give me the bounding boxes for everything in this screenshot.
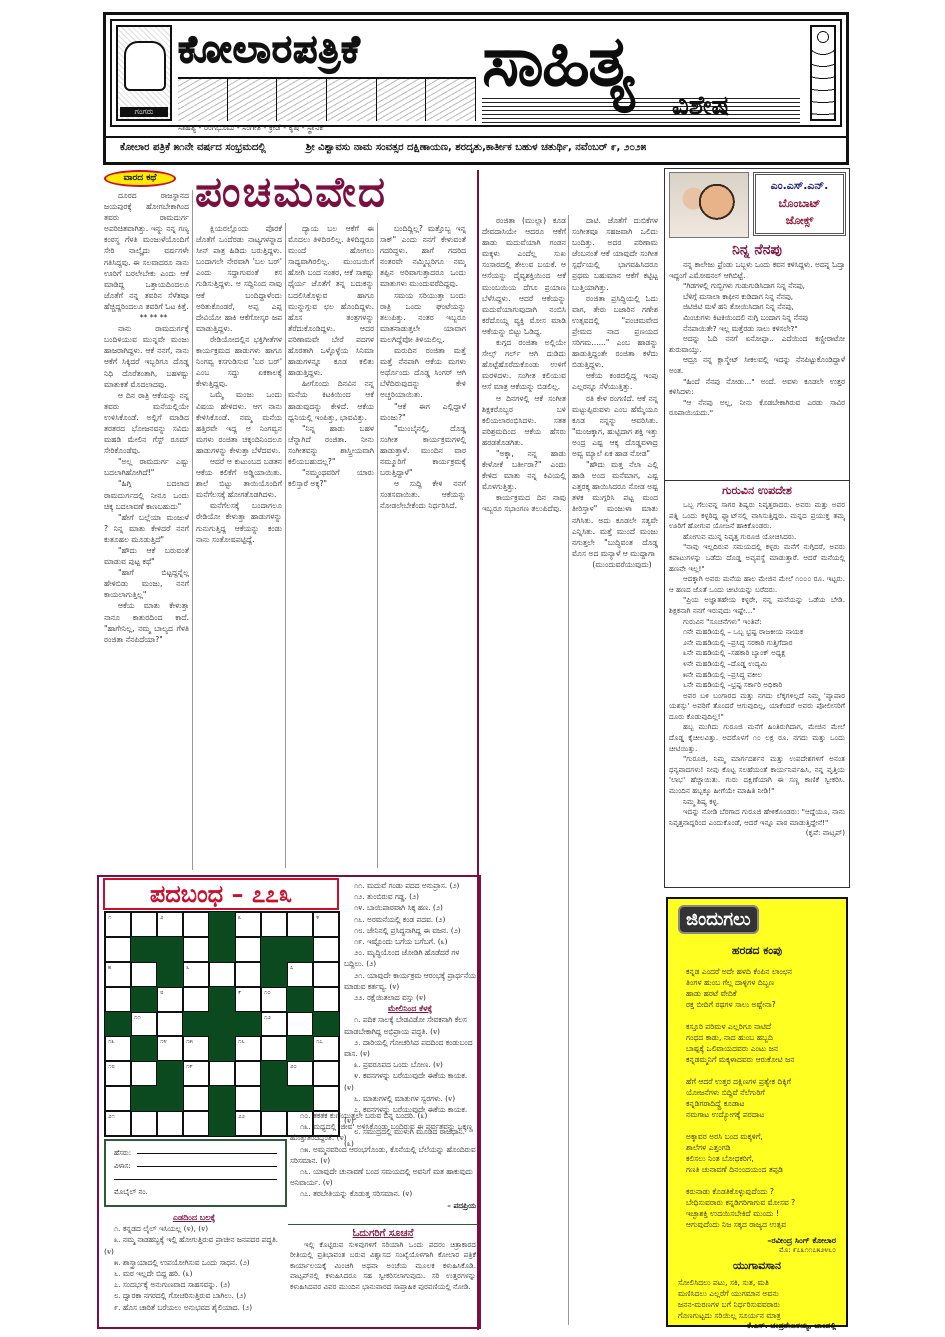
paragraph: "ಅಲ್ಲ ರಾಮದುರ್ಗ ಎಷ್ಟು ಬದಲಾಗಿಹೋಗಿದೆ!" — [104, 456, 189, 478]
crossword-block-cell — [209, 1012, 235, 1037]
address-row-2 — [114, 1173, 277, 1186]
poem2-author: – ಕೆ.ಎಸ್. ಚಂದ್ರಶೇಖರಯ್ಯ, ಚಾಂಪಲ್ಲಿ — [678, 1321, 836, 1331]
crossword-cell[interactable] — [105, 937, 131, 962]
clue: ೭. ಸಂದರ್ಭಕ್ಕೆ ಅನುಗುಣವಾದ ಸಾಹಸವನ್ನು. (೨) — [104, 1279, 284, 1290]
poem-line: ನಮಗಾಟ ಉದ್ಯೋಗಕ್ಕೆ ಪರದಾಟ — [686, 1109, 836, 1120]
paragraph: "ಹೌದು ಮತ್ತ ನೆಲಾ ಎಲ್ಲಿ ಹಾಡಿ ಅಂದ ಮನೆಮಾಗ, ಎ… — [572, 459, 658, 559]
paragraph: "ಅಕ್ಕಾ, ನನ್ನ ಹಾಡು ಕೇಳೋಕೆ ಬರ್ತೀರಾ?" ಎಂದು … — [482, 448, 566, 492]
ornamental-border-icon — [810, 25, 836, 121]
poem-line: ಕನ್ನಡ ಎಂದರೆ ಅದೇ ಹಳದಿ ಕೆಂಪಿನ ಲಾಂಛನ — [686, 966, 836, 977]
paragraph: ಆಕೆಯ ಕಂಠದಲ್ಲಿದ್ದ ಇಂಪು ಎಲ್ಲರನ್ನೂ ಸೆಳೆಯುತ್… — [572, 370, 658, 392]
clue: ೯. ಹೊಸ ಚಾರಿತೆ ಬರೆಯಲು ಅನುಭವದ ಶೈಲಿಯಾದ. (೨) — [104, 1302, 284, 1313]
dateline: ಕೋಲಾರ ಪತ್ರಿಕೆ ೫೧ನೇ ವರ್ಷದ ಸಂಭ್ರಮದಲ್ಲಿ ಶ್ರ… — [106, 136, 846, 158]
elephant-logo-icon: ಗಂಗರು — [116, 25, 172, 121]
paragraph: "ಹಾಗೆ ಬಿಟ್ಟದ್ದನ್ನೆಲ್ಲ ಹೇಳಿಬಿಡು ಮಂಜು, ನನಗ… — [104, 567, 189, 600]
crossword-block-cell — [209, 1036, 235, 1061]
anniversary-note: ಕೋಲಾರ ಪತ್ರಿಕೆ ೫೧ನೇ ವರ್ಷದ ಸಂಭ್ರಮದಲ್ಲಿ — [120, 138, 266, 158]
poem-line: ಬೆಳಿಗ್ಗೆ ಮಸಾಲಾ ಕಾಫೀನ ಕುಡಿದಾಗ ನಿನ್ನ ನೆನಪು… — [669, 292, 845, 303]
paragraph: ಮನೆಗೆಲಸಕ್ಕೆ ಬಂದಾಗಲೂ ರೇಡಿಯೋ ಕೇಳುತ್ತಾ ಹಾಡು… — [196, 500, 282, 544]
crossword-block-cell — [183, 1012, 209, 1037]
clue: ೨೧. ಯಾವುದೇ ಕಾರ್ಯಕ್ರಮ ಆರಂಭಕ್ಕೆ ಪ್ರಾರ್ಥನೆಯ… — [344, 970, 476, 992]
crossword-block-cell — [131, 937, 157, 962]
crossword-cell[interactable] — [287, 912, 313, 937]
paragraph: ಒಮ್ಮೆ ಮಂಜು ಒಂದು ವಿಷಯ ಹೇಳಿದಳು. ಆಗ ನಾನು ಕೇ… — [196, 389, 282, 456]
poem1-phone: ಮೊ: ೯೭೩೧೧೭೫೨೪೬೦ — [678, 1246, 836, 1255]
poem-line: ಗಣತಿ ಚುನಾವಣೆ ದಿನಂಂದಯಂದ ತಪ್ಪಡಿ — [686, 1164, 836, 1175]
poem-line: ಕಲಿಸಲು ನಿಂತ ಬೋಧಕರಿಗೆ, — [686, 1153, 836, 1164]
paragraph: ಆ ದಿನ ರಾತ್ರಿ ಆಕೆಯನ್ನು ನನ್ನ ತವರು ಮನೆಯಲ್ಲಿ… — [104, 390, 189, 457]
address-field-2[interactable] — [114, 1179, 277, 1180]
clue: ೬. ಮರ ಇಲ್ಲದೇ ಬಿದ್ದ ಹರಿ. (೩) — [104, 1268, 284, 1279]
crossword-block-cell — [261, 937, 287, 962]
paragraph: ನಾನು ರಾಮದುರ್ಗಕ್ಕೆ ಬಂದಿಳಿಯುವ ಮುನ್ನವೇ ಮಂಜು… — [104, 323, 189, 390]
crossword-cell[interactable] — [105, 987, 131, 1012]
poem-line: ಕನ್ನಡಿಗರಾದಿದ್ದ್ರೆ ಕೂಡಾಟ — [686, 1098, 836, 1109]
crossword-block-cell — [261, 962, 287, 987]
crossword-cell[interactable]: ೧೯ — [183, 1061, 209, 1086]
down-clues-continued: ೧೦. ತಕತಕ ಕುಣಿಯುತ್ತಲೇ ಬರುವ ಬಿನ್ನ ಬಂದರಿ. (… — [290, 1110, 476, 1222]
poem2-body: ಸೋಲಿಸಿದಲು ಪಟು, ಸಕಿ, ಸುತ, ಮತಿ ಮಣಿಸಿದಲು ಎಲ… — [678, 1277, 836, 1321]
crossword-block-cell — [157, 937, 183, 962]
crossword-cell[interactable] — [183, 1111, 209, 1136]
story-column-3: ದ್ಯಾಯ ಬಲ ಆಕೆಗೆ ಈ ಮೊದಲು ತಿಳಿದಿರಲಿಲ್ಲ. ತಿಳ… — [288, 223, 374, 868]
crossword-cell[interactable]: ೧೭ — [313, 1036, 339, 1061]
entry-form: ಹೆಸರು: ವಿಳಾಸ: ಮೊಬೈಲ್ ನಂ. — [104, 1139, 287, 1207]
crossword-cell[interactable] — [209, 1061, 235, 1086]
crossword-cell[interactable] — [131, 962, 157, 987]
clue: ೧೧. ಮದುವೆ ಗಂಡು ಪದದ ಅನುಪ್ರಾಸ. (೨) — [344, 880, 476, 891]
crossword-cell[interactable] — [313, 987, 339, 1012]
crossword-block-cell — [287, 937, 313, 962]
poem-line: ತಿಂಗಳ ಹುಂಬ ಗೆಲ್ಲ ದಾಳ್ಳಿಗಳ ದಿಬ್ಬಣ — [686, 977, 836, 988]
paper-name: ಕೋಲಾರಪತ್ರಿಕೆ — [178, 25, 478, 73]
crossword-cell[interactable]: ೩ — [235, 912, 261, 937]
paragraph: "ಹೇಗೆ ಬಲ್ಲೆಯಾ ಮಂಜುಳೆ ? ನಿನ್ನ ಮಾತು ಕೇಳಿದರ… — [104, 512, 189, 545]
across-clues: ಎಡದಿಂದ ಬಲಕ್ಕೆ ೧. ಕನ್ನಡದ ಲೈಲ್ ಇಸಿಯಲ್ಲ (೪)… — [104, 1212, 284, 1327]
poem-line: ಹಾಡು ಹರಟೆ ವೇದಿಕೆ — [686, 988, 836, 999]
crossword-block-cell — [287, 1036, 313, 1061]
crossword-block-cell — [209, 1086, 235, 1111]
crossword-cell[interactable] — [261, 1111, 287, 1136]
address-label: ವಿಳಾಸ: — [114, 1162, 131, 1171]
clue: ೨೦. ಮೃದ್ಧಿಯೊಂದ ಜೋಡಿಗಿ ಹೊಡೆದರೆ ಗಳ ಬದ್ದಿಲು… — [344, 947, 476, 969]
section-subtitle: ವಿಶೇಷ — [672, 91, 729, 122]
crossword-cell[interactable] — [183, 987, 209, 1012]
poems-box: ಜಿಂದುಗಲು ಹರಡದ ಕಂಪು ಕನ್ನಡ ಎಂದರೆ ಅದೇ ಹಳದಿ … — [666, 897, 848, 1327]
crossword-cell[interactable]: ೨೧ — [105, 1111, 131, 1136]
crossword-cell[interactable] — [287, 1012, 313, 1037]
clue: ೧೪. ಬಾಯಿಪಾಠವಾಗಿ ಸಿಕ್ಕ ಹಣ. (೨) — [344, 902, 476, 913]
story-column-5: ರಂಜಿತಾ (ಮುಲ್ಲಾ) ಕೂಡ ದೇವದಾಸಿಯೇ ಆದರೂ ಆಕೆಗೆ… — [482, 215, 566, 1325]
masthead-tagline: ಸಾಹಿತ್ಯ - ರಂಗಭೂಮಿ - ಸಂಗೀತ - ಕ್ರೀಡೆ - ಕೃಷ… — [178, 123, 323, 133]
crossword-cell[interactable] — [313, 1086, 339, 1111]
paragraph: ನಿಮ್ಮ ಶಿಷ್ಯ ಕಳ್ಳ. — [669, 797, 845, 808]
book-plant-icon — [178, 79, 228, 121]
column-rule — [568, 215, 569, 1325]
joke-title: ನಿನ್ನ ನೆನಪು — [664, 242, 850, 258]
crossword-block-cell — [209, 987, 235, 1012]
crossword-cell[interactable] — [235, 1061, 261, 1086]
clue: ೩. ಪ್ರವರೂಪದ ಒಂದು ಬೋಣ. (೪) — [344, 1059, 476, 1070]
crossword-block-cell — [209, 912, 235, 937]
crossword-cell[interactable]: ೧೫ — [183, 1036, 209, 1061]
jokes-title-line2: ಜೋಕ್ಸ್ — [756, 214, 843, 228]
jokes-header-box: ಎಂ.ಎಸ್.ಎನ್. ಬೊಂಬಾಟ್ ಜೋಕ್ಸ್ — [753, 172, 846, 236]
clue: ೧೫. ಅಮ್ಮನವರಿಂದ ಆರಂಭಗೊಂಡು, ಕೊನೆಯಲ್ಲಿ ಬೆಲೆ… — [290, 1144, 476, 1166]
readers-notice-title: ಓದುಗರಿಗೆ ಸೂಚನೆ — [288, 1224, 478, 1239]
list-item: ೨ನೇ ಮಹಡಿಯಲ್ಲಿ –ಪ್ರಸಿದ್ಧ ಸರಕಾರಿ ಗುತ್ತಿಗೆದ… — [669, 638, 845, 649]
paragraph: ಗುರುವಿನ "ಸೂಚನೆಗಳು" ಇಂತಿವೆ: — [669, 617, 845, 628]
crossword-cell[interactable]: ೧೩ — [105, 1036, 131, 1061]
crossword-cell[interactable] — [183, 1086, 209, 1111]
music-instrument-icon — [277, 79, 327, 121]
paragraph: ಆದರೆ ಆ ಕುಟುಂಬದ ಬಡತನ ಆಕೆಯ ಕಲಿಕೆಗೆ ಅಡ್ಡಿಯಾ… — [196, 456, 282, 500]
name-field[interactable] — [137, 1153, 277, 1154]
paragraph: ಅವರ ಬಳಿ ಬಂಗಾರದ ಮತ್ತು ನಗದು ಲೆಕ್ಕಗಳಿಲ್ಲದೆ … — [669, 691, 845, 723]
crossword-cell[interactable]: ೧೮ — [105, 1061, 131, 1086]
down-heading: ಮೇಲಿನಿಂದ ಕೆಳಕ್ಕೆ — [344, 1003, 476, 1014]
crossword-grid[interactable]: ೧೨೩೪೫೬೭೮೯೧೦೧೧೧೨೧೩೧೪೧೫೧೬೧೭೧೮೧೯೨೦೨೧೨೨ — [104, 911, 340, 1137]
poem-line: ರಕ್ತ ಬೀದಿಗೆ ರಥಗಳ ಸಾಲು ಅಷ್ಟೇನಾ? — [686, 999, 836, 1010]
paragraph: ರಂಜಿತಾ (ಮುಲ್ಲಾ) ಕೂಡ ದೇವದಾಸಿಯೇ ಆದರೂ ಆಕೆಗೆ… — [482, 215, 566, 337]
paragraph: "ಹೌದು ಆಕೆ ಬರುವಂತೆ ಮಾಡುವ ಪುಟ್ಟ ಕಥೆ" — [104, 545, 189, 567]
paragraph: ಬಂದಿದ್ದಿಲ್ಲ? ಮತ್ತೊಬ್ಬ ಇನ್ನ ಸಾಕ್" ಎಂದು ನನ… — [380, 223, 466, 290]
across-heading: ಎಡದಿಂದ ಬಲಕ್ಕೆ — [104, 1212, 284, 1223]
paragraph: ಆದ್ರೂ ನನ್ನ ಕ್ಲಾಸ್ಮೇಟ್ ಸೀಕಲವಲ್ಲಿ ಇದನ್ನು ನ… — [669, 355, 845, 376]
poem-line: ಕನ್ನಡಮ್ಮನಿಗೆ ಮಕ್ಕಳಾದವರು ಆರುಕೋಟಿ ಜನ — [686, 1054, 836, 1065]
poem-line: ಜನನ-ಮರಣಗಳ ಬಗೆ ನಿರ್ಧರಿಸುವವರಾರು — [678, 1299, 836, 1310]
clue: ೧೬. ಅರಮನೆಯಲ್ಲಿ ಕಂಡ ಪದವ. (೨) — [344, 914, 476, 925]
address-row: ವಿಳಾಸ: — [114, 1160, 277, 1173]
paragraph: "ಹಿಂದೆ ನೆನಪು ನೋಡು..." ಅಂದೆ. ಅವಳು ಕೂಡಲೇ ಉ… — [669, 377, 845, 398]
jokes-title-line1: ಬೊಂಬಾಟ್ — [756, 197, 843, 211]
poem1-body: ಕನ್ನಡ ಎಂದರೆ ಅದೇ ಹಳದಿ ಕೆಂಪಿನ ಲಾಂಛನ ತಿಂಗಳ … — [686, 966, 836, 1230]
story-column-1: ದೂರದ ರಾಜಸ್ಥಾನದ ಜಯಪುರಕ್ಕೆ ಹೋಗಬೇಕಾಗಿಂದ ತವರ… — [104, 190, 189, 870]
clue: ೧. ಕನ್ನಡದ ಲೈಲ್ ಇಸಿಯಲ್ಲ (೪), (೪) — [104, 1223, 284, 1234]
sports-racket-icon — [327, 79, 377, 121]
masthead: ಗಂಗರು ಕೋಲಾರಪತ್ರಿಕೆ ಸಾಹಿತ್ಯ - ರಂಗಭೂಮಿ - ಸ… — [103, 12, 849, 165]
poem-line: ಕರುನಾಡು ಕೊಡತಿಕೊಳ್ಳುವುದೆಂದು ? — [686, 1186, 836, 1197]
crossword-cell[interactable] — [105, 1086, 131, 1111]
paragraph: ರೇಡಿಯೋದಲ್ಲಿನ ಭಕ್ತಿಗೀತೆಗಳ ಕಾರ್ಯಕ್ರಮದ ಹಾಡು… — [196, 334, 282, 389]
crossword-cell[interactable]: ೧೪ — [157, 1036, 183, 1061]
crossword-cell[interactable] — [313, 1061, 339, 1086]
crossword-block-cell — [261, 1086, 287, 1111]
crossword-block-cell — [131, 1086, 157, 1111]
clue: ೪. ಕವನಗಳನ್ನು ಬರೆಯುವುದೇ ಈಕೆಯ ಕಾಯಕ. (೪) — [344, 1070, 476, 1092]
crossword-cell[interactable] — [313, 962, 339, 987]
mobile-label: ಮೊಬೈಲ್ ನಂ. — [114, 1188, 148, 1197]
column-rule — [192, 190, 193, 870]
poem-line: ಹೆಗೆ ಆದರೆ ಉತ್ತರ ದಕ್ಷಿಣಗಳ ಪ್ರತ್ಯೇಕ ದಿಕ್ಕಿ… — [686, 1076, 836, 1087]
clue: ೧೩. ಮಧ್ಯದಲ್ಲಿ 'ಜೀವ' ಅಳಿಸಿಕೊಂಡು ಬಂದಿರುವ ಈ… — [290, 1121, 476, 1143]
weekly-story-badge: ವಾರದ ಕಥೆ — [104, 170, 176, 187]
paragraph: ಹಬ್ಬ ಮುಗಿದು ಗುರೂಜಿ ಮನೆಗೆ ಹಿಂತಿರುಗಿದಾಗ, ಮ… — [669, 722, 845, 754]
paragraph: "ನಿನ್ನ ಹಾಡು ಬಹಳ ಚೆನ್ನಾಗಿದೆ ರಂಜಿತಾ. ನೀನು … — [288, 423, 374, 467]
poem-line: ಕಸ್ತೂರಿ ಪರಿಮಳ ಎಲ್ಲರಿಗೂ ನಾಟಿದೆ — [686, 1021, 836, 1032]
crossword-cell[interactable]: ೨೦ — [287, 1061, 313, 1086]
story-column-2: ಕ್ಷಿಯರಲ್ಲೊಂದು ಪೊರಕೆ ಜೊತೆಗೆ ಒಂದೆರಡು ನಾಟ್ಯ… — [196, 223, 282, 868]
jokes-author: ಎಂ.ಎಸ್.ಎನ್. — [756, 179, 843, 193]
paragraph: ಇದನ್ನು ನೋಡಿ ಬೆರಗಾದ ಗುರೂಜಿ ಹೇಳಿಕೊಂಡರು: "ಆ… — [669, 807, 845, 828]
crossword-cell[interactable]: ೧೧ — [131, 1012, 157, 1037]
theatre-masks-icon — [228, 79, 278, 121]
poem-line: ಬಾಷ್ಪಕ್ಕೆ ಒಲಿವಾಯದವರು ಎಂಟು ಜನ — [686, 1043, 836, 1054]
clue: ೧೬. ಯಾವುದೇ ಚುನಾವಣೆ ಬಂದ ಸಮಯದಲ್ಲಿ ಅವನಿಗೆ ಮ… — [290, 1166, 476, 1188]
crossword-cell[interactable] — [157, 1111, 183, 1136]
crossword-cell[interactable] — [235, 962, 261, 987]
poem-line: ಮಿಂಚುಗಳು ಕಿಟಕಿಯಿಂದಲಿ ನುಗ್ಗಿ ಬಂದಾಗ ನಿನ್ನ … — [669, 313, 845, 324]
story-headline: ಪಂಚಮವೇದ — [195, 167, 387, 217]
crossword-block-cell — [105, 1012, 131, 1037]
paragraph: ದ್ಯಾಯ ಬಲ ಆಕೆಗೆ ಈ ಮೊದಲು ತಿಳಿದಿರಲಿಲ್ಲ. ತಿಳ… — [288, 223, 374, 378]
clue: ೧೭. ತರಬೇತಿಯನ್ನು ಕೊಡುತ್ತ ಸರಿಸಮಾನ. (೪) — [290, 1188, 476, 1199]
name-row: ಹೆಸರು: — [114, 1147, 277, 1160]
crossword-cell[interactable] — [183, 937, 209, 962]
paragraph: "ಪ್ರಿಯ ಅಜ್ಞಾತಹೇಯ ಕಳ್ಳರೇ, ನನ್ನ ಮನೆಯನ್ನು ಒ… — [669, 595, 845, 616]
list-item: ೬ನೇ ಮಹಡಿಯಲ್ಲಿ –ಭ್ರಷ್ಟ ಸರ್ಕಾರಿ ಅಧಿಕಾರಿ — [669, 680, 845, 691]
paragraph: ಆ ದಿನಗಳಲ್ಲಿ ಆಕೆ ಸಂಗೀತ ಶಿಕ್ಷಕರೊಬ್ಬರ ಬಳಿ ಕ… — [482, 393, 566, 448]
clue: ೨. ದಾರಿಯಲ್ಲಿ ಗೋಚರಿಸಿದ ಪದದಿಂದ ಕಂಡುಬಂದ ವಾಸ… — [344, 1037, 476, 1059]
elephant-icon — [124, 41, 166, 91]
mobile-row: ಮೊಬೈಲ್ ನಂ. — [114, 1186, 277, 1199]
paragraph: ನನ್ನ ಕಾಲೇಜು ಫ್ರೆಂಡು ಒಬ್ಬಳು ಒಂದು ಕವನ ಕಳಿಸ… — [669, 260, 845, 281]
separator: ** ** ** — [104, 312, 189, 323]
paragraph: "ಮುಂಬೈನಲ್ಲಿ, ದೊಡ್ಡ ಸಂಗೀತ ಕಾರ್ಯಕ್ರಮಗಳಲ್ಲಿ… — [380, 423, 466, 478]
clue: ೧೨. ತುಂಬಿರುವ ಗಡ್ಡ. (೨) — [344, 891, 476, 902]
crossword-block-cell — [261, 1061, 287, 1086]
list-item: ೫ನೇ ಮಹಡಿಯಲ್ಲಿ –ಪ್ರಸಿದ್ಧ ವಕೀಲ — [669, 670, 845, 681]
paragraph: "ಗುರೂಜಿ, ನಿಮ್ಮ ಮಾರ್ಗದರ್ಶನ ಮತ್ತು ಉಪದೇಶಗಳಿ… — [669, 754, 845, 796]
crossword-block-cell — [287, 987, 313, 1012]
poem-line: ಅಕ್ಕಾವರ ಅರಸಿ ಬಂದ ಮಕ್ಕಳಿಗೆ, — [686, 1131, 836, 1142]
crossword-cell[interactable]: ೧೦ — [261, 987, 287, 1012]
clue: ೧೦. ತಕತಕ ಕುಣಿಯುತ್ತಲೇ ಬರುವ ಬಿನ್ನ ಬಂದರಿ. (… — [290, 1110, 476, 1121]
clue: ೫. ಶಾಸ್ತ್ರಾಯಾದಲ್ಲಿ ಉಪಯೋಗಿಸುವ ಒಂದು ಸಾಧನ. … — [104, 1257, 284, 1268]
crossword-cell[interactable]: ೯ — [235, 987, 261, 1012]
crossword-cell[interactable]: ೪ — [313, 912, 339, 937]
crossword-cell[interactable]: ೮ — [157, 987, 183, 1012]
ball-industry-icon — [426, 79, 476, 121]
poem-line: ಇಚ್ಛಾಶಕ್ತಿ ಉದಯಿಸಬೇಕಿದೆ ಮುಂದು ! — [686, 1208, 836, 1219]
paragraph: "ಆ ನೆನಪು ಅಲ್ಲ, ನೀನು ಕೊಡಬೇಕಾಗಿರುವ ಎರಡು ಸಾ… — [669, 398, 845, 419]
paragraph: ಹೀಗೊಂದು ದಿನವಿನ ನನ್ನ ಮನೆಯ ಕಿಟಕಿಯಿಂದ ಆಕೆ ಹ… — [288, 378, 374, 422]
column-rule — [377, 223, 378, 868]
paragraph: "ಆಕೆ ಈಗ ಎಲ್ಲಿದ್ದಾಳೆ ಮಂಜು?" — [380, 401, 466, 423]
poem-line: ಸೋಲಿಸಿದಲು ಪಟು, ಸಕಿ, ಸುತ, ಮತಿ — [678, 1277, 836, 1288]
paragraph: ಇಲ್ಲಿ ಕೊಟ್ಟಿರುವ ಸುಳಿವುಗಳಿಗೆ ಸರಿಯಾಗಿ ಒಂದು… — [290, 1240, 476, 1292]
crop-agriculture-icon — [377, 79, 427, 121]
crossword-block-cell — [131, 1036, 157, 1061]
paragraph: "ಹಿಗ್ಗಿ ಬದಲಾದ ರಾಮದುರ್ಗದಲ್ಲಿ ನೀನೂ ಒಂದು ಚಿ… — [104, 478, 189, 511]
crossword-cell[interactable] — [313, 937, 339, 962]
calendar-date: ಶ್ರೀ ವಿಶ್ವಾವಸು ನಾಮ ಸಂವತ್ಸರ ದಕ್ಷಿಣಾಯಣ, ಶರ… — [306, 138, 646, 158]
poem-line: ಗಂಧದ ಕಾಡು, ನಾದ ಹುಂಬ ಹಬ್ಬದಿ — [686, 1032, 836, 1043]
caricature-image — [669, 172, 749, 238]
crossword-cell[interactable] — [235, 1086, 261, 1111]
paragraph: ಒಬ್ಬ ಗೆಲುವನ್ನ ಸಾಗರ ಶಿಷ್ಯರು ನಿವೃತ್ತರಾದರು.… — [669, 500, 845, 532]
paragraph: ಅದನ್ನು ಓದಿ ನನಗೆ ಏನೋಪ್ಪಾ.. ಎದೆಯಿಂದ ಕಣ್ಣೀರ… — [669, 334, 845, 355]
crossword-block-cell — [209, 937, 235, 962]
paragraph: ಕಾರ್ಯಕ್ರಮದ ದಿನ ನಾವು ಇಬ್ಬರೂ ಸಭಾಂಗಣ ತಲುಪಿದ… — [482, 492, 566, 514]
clue: ೮. ದ್ವಾರಕಾ ನಗರದಲ್ಲಿ ಗೋಚರಿಸುತ್ತಿರುವ ಬಾಗಿಲ… — [104, 1290, 284, 1301]
poem-line: ಬೇಧಿಸುವರಾರು ಕನ್ನಡಿಗರಿಗಾಗುವ ಮೋಸವ ? — [686, 1197, 836, 1208]
name-label: ಹೆಸರು: — [114, 1149, 131, 1158]
poem-line: ಗೊಣಗುಟ್ಟದು ಸರಿಯಿಲ್ಲ ಸೂರ್ಯನ ಮಾತ್ರ — [678, 1310, 836, 1321]
divider — [664, 480, 850, 481]
crossword-block-cell — [235, 1012, 261, 1037]
poem2-title: ಯುಗಾವಸಾನ — [678, 1259, 836, 1273]
crossword-cell[interactable] — [261, 912, 287, 937]
paragraph: "ನಾವು ಇಲ್ಲದಿರುವ ಸಮಯದಲ್ಲಿ ಕಳ್ಳರು ಮನೆಗೆ ನು… — [669, 542, 845, 574]
crossword-block-cell — [157, 962, 183, 987]
crossword-cell[interactable] — [235, 937, 261, 962]
paragraph: ಕುಗ್ಗದ ರಂಜಿತಾ ಅಲ್ಲಿಯೇ ಸೇಲ್ಸ್ ಗರ್ಲ್ ಆಗಿ ದ… — [482, 337, 566, 392]
paragraph: ಆ ಸುದ್ದಿ ಕೇಳಿ ನನಗೆ ಸಂತಸವಾಯಿತು. ಆಕೆಯನ್ನು … — [380, 478, 466, 511]
poems-banner: ಜಿಂದುಗಲು — [678, 905, 759, 934]
paragraph: ಆದಕ್ಕಾಗಿ ಅವರು ಮನೆಯ ಹಾಲ ಮೇಜಿನ ಮೇಲೆ ೧೦೦೦ ರ… — [669, 574, 845, 595]
list-item: ೩ನೇ ಮಹಡಿಯಲ್ಲಿ –ಸಹಕಾರಿ ಬ್ಯಾಂಕ್ ಅಧ್ಯಕ್ಷ — [669, 648, 845, 659]
credit: (ಕೃಪೆ: ವಾಟ್ಸಪ್) — [669, 828, 845, 839]
crossword-cell[interactable]: ೨೨ — [235, 1111, 261, 1136]
paragraph: ಆಕೆಯ ಮಾತು ಕೇಳುತ್ತಾ ನಾನೂ ಕಾತುರದಿಂದ ಕಾದೆ. … — [104, 600, 189, 644]
section-title: ಸಾಹಿತ್ಯ — [482, 21, 800, 125]
paragraph: ಮರುದಿನ ರಂಜಿತಾ ಮತ್ತೆ ಮತ್ತೆ ನೆನಪಾಗಿ ಆಕೆಯ ಮ… — [380, 345, 466, 400]
list-item: ೪ನೇ ಮಹಡಿಯಲ್ಲಿ –ದೊಡ್ಡ ಉದ್ಯಮಿ — [669, 659, 845, 670]
poem1-author: –ರವೀಂದ್ರ ಸಿಂಗ್ ಕೋಲಾರ — [678, 1236, 836, 1246]
poem-line: ಆಗುವುದೆಂದು ನಿಜ ಸಕ್ಕದ ರಾಜ್ಯದ ಉತ್ಸವ — [686, 1219, 836, 1230]
logo-label: ಗಂಗರು — [120, 107, 168, 117]
crossword-cell[interactable]: ೨ — [157, 912, 183, 937]
crossword-block-cell — [209, 1111, 235, 1136]
paragraph: ರತಿ ಕೇಳ ರಂಗಣಿದೆ. ಆಕೆ ನನ್ನ ಮಟ್ಟುಪ್ಪಿರುವಳು… — [572, 393, 658, 460]
clue: ೧೯. ಇಷ್ಟೊಂದು ಬಗೆಯ ಬಗೆಬಗೆ. (೩) — [344, 936, 476, 947]
crossword-cell[interactable] — [209, 962, 235, 987]
joke-body: ನನ್ನ ಕಾಲೇಜು ಫ್ರೆಂಡು ಒಬ್ಬಳು ಒಂದು ಕವನ ಕಳಿಸ… — [669, 260, 845, 480]
crossword-cell[interactable]: ೧ — [105, 912, 131, 937]
crossword-block-cell — [287, 1086, 313, 1111]
continued-note: (ಮುಂದುವರೆಯುವುದು) — [572, 559, 658, 570]
masthead-banner: ಗಂಗರು ಕೋಲಾರಪತ್ರಿಕೆ ಸಾಹಿತ್ಯ - ರಂಗಭೂಮಿ - ಸ… — [110, 19, 842, 127]
paragraph: ದೂರದ ರಾಜಸ್ಥಾನದ ಜಯಪುರಕ್ಕೆ ಹೋಗಬೇಕಾಗಿಂದ ತವರ… — [104, 190, 189, 312]
column-rule — [285, 223, 286, 868]
joke2-body: ಒಬ್ಬ ಗೆಲುವನ್ನ ಸಾಗರ ಶಿಷ್ಯರು ನಿವೃತ್ತರಾದರು.… — [669, 500, 845, 872]
crossword-cell[interactable] — [131, 912, 157, 937]
address-field[interactable] — [137, 1166, 277, 1167]
poem-line: ಶಾಲೆಗಳ ಎತ್ತಂಗಡಿ — [686, 1142, 836, 1153]
paragraph: ಕ್ಷಿಯರಲ್ಲೊಂದು ಪೊರಕೆ ಜೊತೆಗೆ ಒಂದೆರಡು ನಾಟ್ಯ… — [196, 223, 282, 334]
clue: ೩. ನಮ್ಮ ನಾಡಹಬ್ಬಕ್ಕೆ ಇಲ್ಲಿ ಹೋಗುತ್ತಿರುವ ಪ್… — [104, 1234, 284, 1256]
poem-line: "ಗಿಡಗಳಲ್ಲಿ ಗುಬ್ಬಿಗಳು ಗುಡುಗುಡಿಸಿದಾಗ ನಿನ್ನ… — [669, 281, 845, 292]
arts-illustration-strip — [178, 77, 476, 121]
paragraph: ಸಮಯ ಸರಿಯುತ್ತಾ ಬಂದು ರಾತ್ರಿ ಒಂದು ಘಂಟೆಯನ್ನು… — [380, 290, 466, 345]
crossword-cell[interactable]: ೬ — [183, 962, 209, 987]
poem-line: ನೆನಪಾಯಿತೇ? ಇಲ್ಲ ಮತ್ತೆರಡು ಸಾಲು ಕಳಿಸಲೇ?" — [669, 324, 845, 335]
crossword-cell[interactable]: ೧೬ — [235, 1036, 261, 1061]
paragraph: "ನಮ್ಮಂಥವರಿಗೆ ಯಾರು ಕಲಿಸ್ತಾರೆ ಅಕ್ಕ?" — [288, 467, 374, 489]
list-item: ೧ನೇ ಮಹಡಿಯಲ್ಲಿ – ಒಬ್ಬ ಭ್ರಷ್ಟ ರಾಜಕೀಯ ನಾಯಕ — [669, 627, 845, 638]
crossword-cell[interactable] — [183, 912, 209, 937]
poem-line: ಮಣಿಸಿದಲು ಎಲ್ಲರೆಗೆ ಯುಗಮಾನ ಅವನು — [678, 1288, 836, 1299]
paragraph: ದಾಟಿ. ಜೊತೆಗೆ ದುಬಿಕೆಗಳ ಸಂಗೀತವೂ ಸಹಜವಾಗಿ ಒಲ… — [572, 215, 658, 293]
crossword-block-cell — [313, 1012, 339, 1037]
paragraph: ಹೋಗುವ ಮುನ್ನ ನಿವೃತ್ತ ಗುರೂಜಿ ಯೋಚಿಸಿದರು. — [669, 532, 845, 543]
clue: ೬. ಮಾತುಗಳಲ್ಲಿ ಮಾತುಗಳ ಸ್ವರಗಳು. (೪) — [344, 1093, 476, 1104]
crossword-cell[interactable] — [131, 1061, 157, 1086]
poem-line: ಯೋಜನೆಗಳು ಬಿದ್ದಿವೆ ನೆಲೆಗುರಿಗೆ — [686, 1087, 836, 1098]
crossword-cell[interactable]: ೭ — [287, 962, 313, 987]
crossword-cell[interactable]: ೫ — [105, 962, 131, 987]
joke2-title: ಗುರುವಿನ ಉಪದೇಶ — [664, 484, 850, 498]
clue: ೧. ಪದಿಕ ಸಾಲಕ್ಕೆ ಬೇಡವಿಡೋ ಸೇವಕನಾಗಿ ಕೆಲಸ ಮಾ… — [344, 1014, 476, 1036]
clue: ೧೮. ಜೇನಿನಲ್ಲಿ ಪ್ರಸಿದ್ಧನಾಗಿದ್ದ ಈ ವಜನ. (೨) — [344, 925, 476, 936]
readers-notice-body: ಇಲ್ಲಿ ಕೊಟ್ಟಿರುವ ಸುಳಿವುಗಳಿಗೆ ಸರಿಯಾಗಿ ಒಂದು… — [290, 1240, 476, 1322]
crossword-block-cell — [157, 1061, 183, 1086]
crossword-block-cell — [131, 987, 157, 1012]
crossword-cell[interactable]: ೧೨ — [261, 1012, 287, 1037]
clue: ೨೨. ರಕ್ಷೆಯಿತಲಾದ ವಸ್ತು (೪) — [344, 992, 476, 1003]
crossword-cell[interactable] — [157, 1012, 183, 1037]
crossword-cell[interactable] — [131, 1111, 157, 1136]
crossword-title: ಪದಬಂಧ – ೭೭೩ — [103, 878, 339, 910]
poem1-title: ಹರಡದ ಕಂಪು — [678, 944, 836, 958]
crossword-block-cell — [157, 1086, 183, 1111]
crossword-author: – ಪದಪ್ರಿಯ — [290, 1200, 476, 1211]
paragraph: ರಂಜಿತಾ ಪ್ರಸಿದ್ಧಿಯಲ್ಲಿ ಓದು ವಾಗ, ತೇರು ಬಜಾರ… — [572, 293, 658, 371]
story-column-6: ದಾಟಿ. ಜೊತೆಗೆ ದುಬಿಕೆಗಳ ಸಂಗೀತವೂ ಸಹಜವಾಗಿ ಒಲ… — [572, 215, 658, 1325]
poem-line: ಜಿಟಿಜಿಟಿ ಮಳೆ ಹನಿ ತೋಯಿಸಿದಾಗ ನಿನ್ನ ನೆನಪು, — [669, 302, 845, 313]
crossword-cell[interactable] — [261, 1036, 287, 1061]
